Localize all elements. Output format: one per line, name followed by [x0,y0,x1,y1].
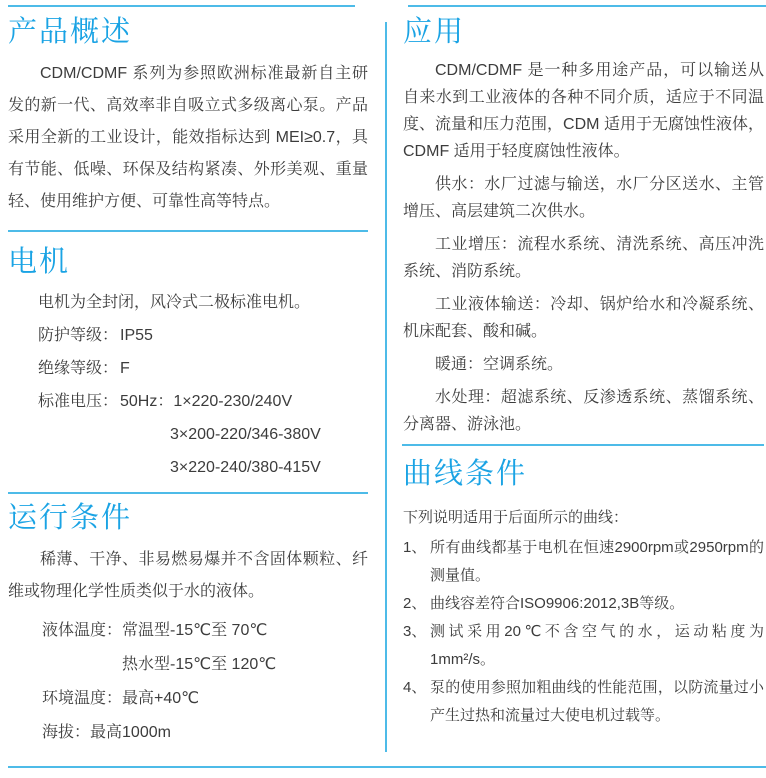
curve-note-item: 2、曲线容差符合ISO9906:2012,3B等级。 [403,590,764,618]
spec-label [38,451,120,484]
section-title-motor: 电机 [8,244,368,280]
application-paragraph: CDM/CDMF 是一种多用途产品，可以输送从自来水到工业液体的各种不同介质，适… [403,57,764,165]
spec-label: 标准电压： [38,385,120,418]
curve-note-number: 4、 [403,674,430,730]
section-application: 应用 CDM/CDMF 是一种多用途产品，可以输送从自来水到工业液体的各种不同介… [403,14,764,444]
motor-spec-row: 标准电压：50Hz：1×220-230/240V [8,385,368,418]
page: 产品概述 CDM/CDMF 系列为参照欧洲标准最新自主研发的新一代、高效率非自吸… [0,0,766,778]
spec-label: 绝缘等级： [38,352,120,385]
motor-spec-row: 3×220-240/380-415V [8,451,368,484]
section-title-application: 应用 [403,14,764,50]
motor-intro: 电机为全封闭，风冷式二极标准电机。 [8,286,368,319]
spec-value: F [120,352,130,385]
curve-note-number: 2、 [403,590,430,618]
curve-note-number: 1、 [403,534,430,590]
divider-after-application [402,444,764,446]
curve-note-text: 所有曲线都基于电机在恒速2900rpm或2950rpm的测量值。 [430,534,764,590]
operating-value: 最高1000m [90,724,171,741]
spec-label: 防护等级： [38,319,120,352]
operating-label: 液体温度： [42,622,122,639]
divider-after-motor [8,492,368,494]
section-product-overview: 产品概述 CDM/CDMF 系列为参照欧洲标准最新自主研发的新一代、高效率非自吸… [8,14,368,218]
application-paragraph: 工业液体输送：冷却、锅炉给水和冷凝系统、机床配套、酸和碱。 [403,291,764,345]
application-paragraph: 水处理：超滤系统、反渗透系统、蒸馏系统、分离器、游泳池。 [403,384,764,438]
motor-spec-row: 防护等级：IP55 [8,319,368,352]
operating-row: 环境温度：最高+40℃ [8,682,368,716]
section-title-product-overview: 产品概述 [8,14,368,50]
divider-after-overview [8,230,368,232]
operating-value: 常温型-15℃至 70℃ [122,622,267,639]
curve-intro: 下列说明适用于后面所示的曲线： [403,504,764,532]
application-paragraph: 暖通：空调系统。 [403,351,764,378]
motor-spec-row: 绝缘等级：F [8,352,368,385]
curve-note-text: 测试采用20℃不含空气的水，运动粘度为1mm²/s。 [430,618,764,674]
operating-row: 热水型-15℃至 120℃ [8,648,368,682]
bottom-rule [8,766,766,768]
operating-value: 热水型-15℃至 120℃ [122,656,276,673]
curve-note-item: 1、所有曲线都基于电机在恒速2900rpm或2950rpm的测量值。 [403,534,764,590]
top-rule-right [408,5,766,7]
section-motor: 电机 电机为全封闭，风冷式二极标准电机。 防护等级：IP55 绝缘等级：F 标准… [8,244,368,484]
curve-note-text: 泵的使用参照加粗曲线的性能范围，以防流量过小产生过热和流量过大使电机过载等。 [430,674,764,730]
spec-value: IP55 [120,319,153,352]
operating-row: 液体温度：常温型-15℃至 70℃ [8,614,368,648]
section-title-curve-conditions: 曲线条件 [403,456,764,492]
motor-spec-row: 3×200-220/346-380V [8,418,368,451]
spec-label [38,418,120,451]
operating-value: 最高+40℃ [122,690,199,707]
curve-note-number: 3、 [403,618,430,674]
overview-paragraph: CDM/CDMF 系列为参照欧洲标准最新自主研发的新一代、高效率非自吸立式多级离… [8,58,368,218]
spec-value: 3×220-240/380-415V [120,451,321,484]
operating-row: 海拔：最高1000m [8,716,368,750]
top-rule-left [8,5,355,7]
column-divider-rule [385,22,387,752]
operating-label: 海拔： [42,724,90,741]
section-title-operating-conditions: 运行条件 [8,500,368,536]
curve-note-text: 曲线容差符合ISO9906:2012,3B等级。 [430,590,764,618]
section-operating-conditions: 运行条件 稀薄、干净、非易燃易爆并不含固体颗粒、纤维或物理化学性质类似于水的液体… [8,500,368,750]
application-paragraph: 供水：水厂过滤与输送，水厂分区送水、主管增压、高层建筑二次供水。 [403,171,764,225]
curve-note-item: 3、测试采用20℃不含空气的水，运动粘度为1mm²/s。 [403,618,764,674]
curve-note-item: 4、泵的使用参照加粗曲线的性能范围，以防流量过小产生过热和流量过大使电机过载等。 [403,674,764,730]
spec-value: 50Hz：1×220-230/240V [120,385,292,418]
operating-paragraph: 稀薄、干净、非易燃易爆并不含固体颗粒、纤维或物理化学性质类似于水的液体。 [8,544,368,608]
spec-value: 3×200-220/346-380V [120,418,321,451]
section-curve-conditions: 曲线条件 下列说明适用于后面所示的曲线： 1、所有曲线都基于电机在恒速2900r… [403,456,764,730]
operating-label: 环境温度： [42,690,122,707]
application-paragraph: 工业增压：流程水系统、清洗系统、高压冲洗系统、消防系统。 [403,231,764,285]
